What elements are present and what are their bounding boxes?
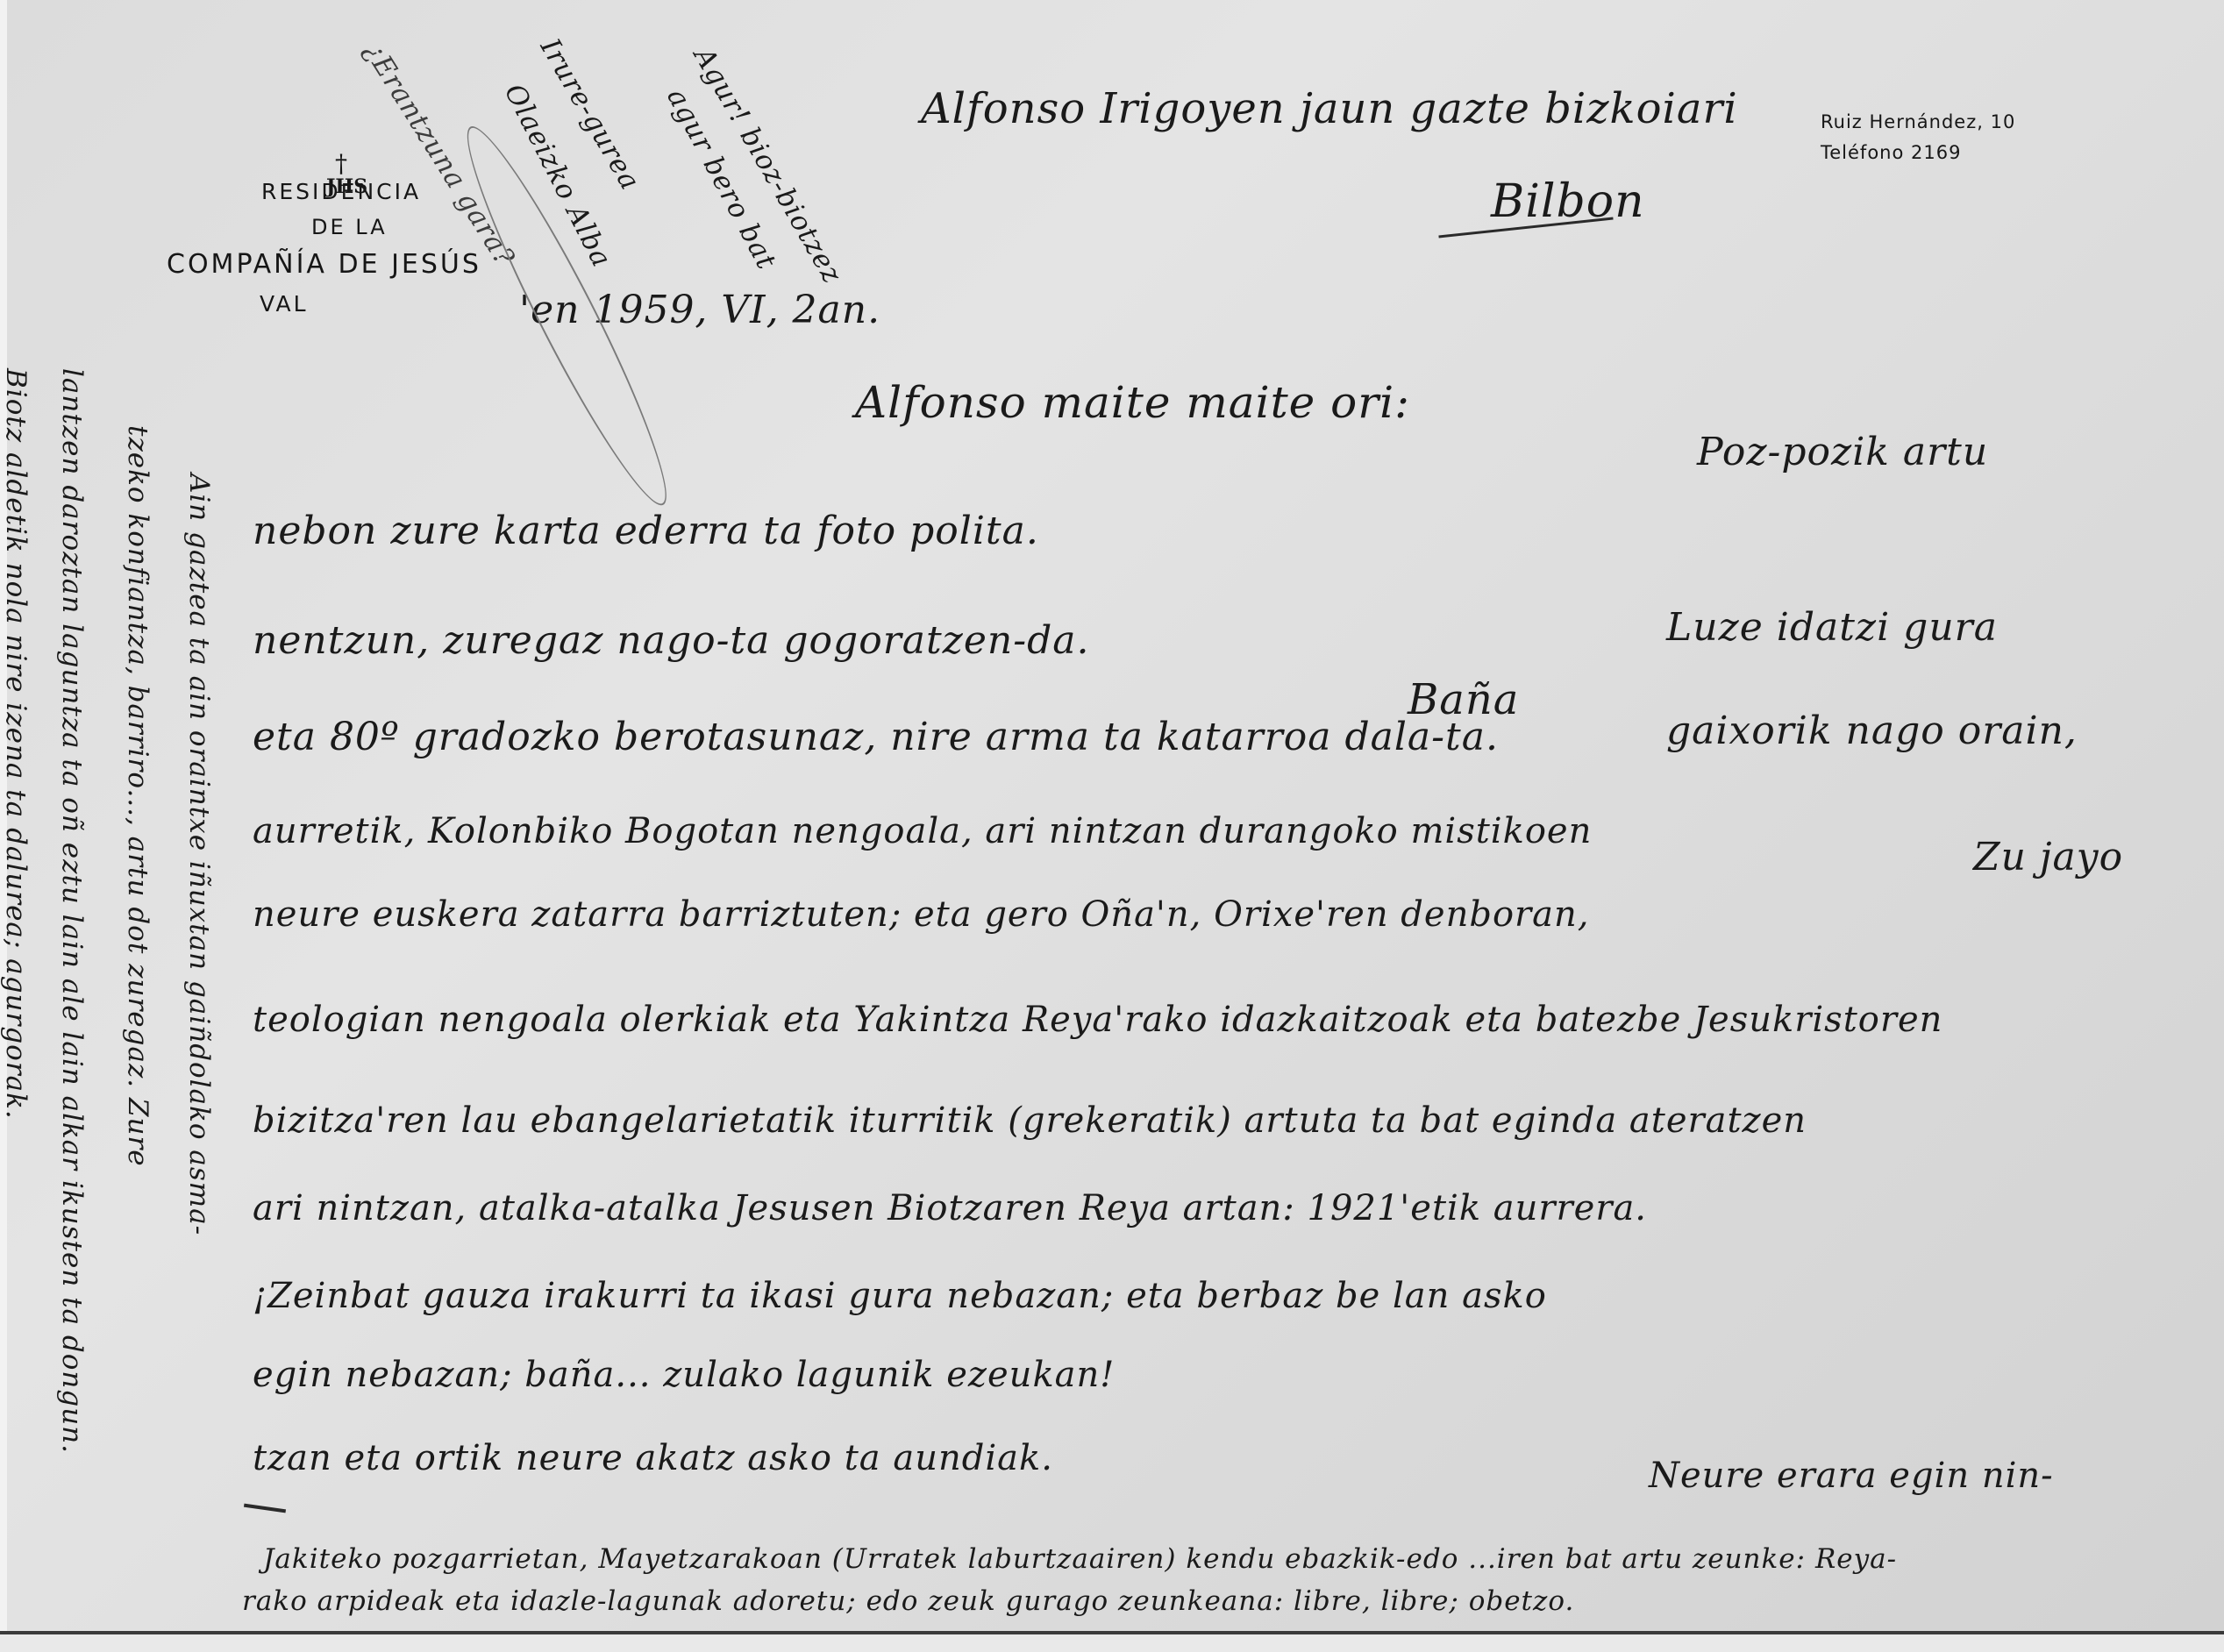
- body-line: gaixorik nago orain,: [1666, 709, 2078, 753]
- body-line: aurretik, Kolonbiko Bogotan nengoala, ar…: [253, 811, 1592, 851]
- left-margin-line: Biotz aldetik nola nire izena ta dalurea…: [0, 368, 32, 1120]
- cross-icon: †: [335, 149, 350, 178]
- body-line: teologian nengoala olerkiak eta Yakintza…: [253, 1000, 1942, 1040]
- body-line: eta 80º gradozko berotasunaz, nire arma …: [253, 715, 1499, 759]
- salutation: Alfonso maite maite ori:: [855, 377, 1410, 428]
- addressee-city: Bilbon: [1491, 175, 1645, 228]
- body-line: nentzun, zuregaz nago-ta gogoratzen-da.: [253, 618, 1089, 663]
- letterhead-de-la: DE LA: [311, 215, 388, 239]
- letterhead-compania: COMPAÑÍA DE JESÚS: [167, 249, 481, 280]
- body-line: ari nintzan, atalka-atalka Jesusen Biotz…: [253, 1188, 1647, 1228]
- body-line: Luze idatzi gura: [1666, 605, 1998, 650]
- letterhead-address: Ruiz Hernández, 10: [1821, 111, 2015, 132]
- letterhead-residencia: RESIDENCIA: [261, 179, 421, 204]
- body-line: nebon zure karta ederra ta foto polita.: [253, 509, 1039, 553]
- body-line: ¡Zeinbat gauza irakurri ta ikasi gura ne…: [253, 1276, 1547, 1316]
- scan-background: [0, 1634, 2224, 1652]
- footer-line: rako arpideak eta idazle-lagunak adoretu…: [242, 1585, 1574, 1617]
- letterhead-phone: Teléfono 2169: [1821, 142, 1961, 163]
- body-line: neure euskera zatarra barriztuten; eta g…: [253, 894, 1589, 935]
- body-line: tzan eta ortik neure akatz asko ta aundi…: [253, 1438, 1053, 1478]
- letterhead-city: VAL: [260, 291, 309, 317]
- body-line: egin nebazan; baña... zulako lagunik eze…: [253, 1355, 1115, 1395]
- addressee-line: Alfonso Irigoyen jaun gazte bizkoiari: [921, 84, 1738, 133]
- body-line: Neure erara egin nin-: [1649, 1456, 2054, 1496]
- body-line: Zu jayo: [1973, 835, 2123, 879]
- footer-line: Jakiteko pozgarrietan, Mayetzarakoan (Ur…: [263, 1543, 1897, 1575]
- left-margin-line: tzeko konfiantza, barriro..., artu dot z…: [122, 425, 153, 1167]
- body-line: Poz-pozik artu: [1697, 430, 1988, 474]
- left-margin-line: Ain gaztea ta ain oraintxe iñuxtan gaiñd…: [183, 474, 215, 1235]
- left-margin-line: lantzen daroztan laguntza ta oñ eztu lai…: [56, 368, 88, 1454]
- body-line: bizitza'ren lau ebangelarietatik iturrit…: [253, 1100, 1807, 1141]
